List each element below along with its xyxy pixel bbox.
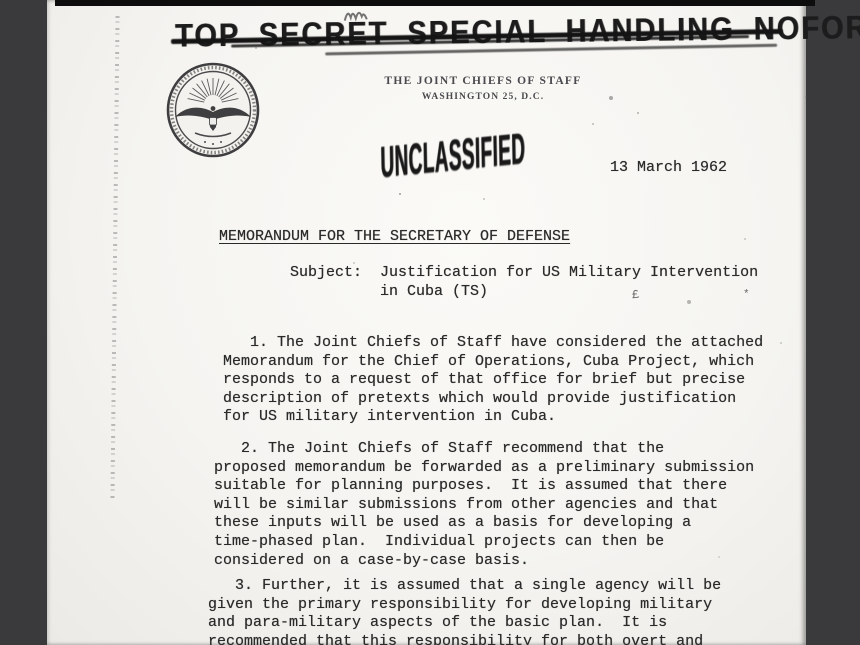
document-date: 13 March 1962 [610, 159, 727, 178]
text-line: 2. The Joint Chiefs of Staff recommend t… [214, 440, 754, 459]
subject-line-1: Subject: Justification for US Military I… [290, 264, 758, 283]
scanned-document-page: TOP SECRET SPECIAL HANDLING NOFORN [47, 0, 806, 645]
text-line: proposed memorandum be forwarded as a pr… [214, 459, 754, 478]
paragraph-1: 1. The Joint Chiefs of Staff have consid… [223, 334, 763, 427]
text-line: given the primary responsibility for dev… [208, 596, 721, 615]
paragraph-3: 3. Further, it is assumed that a single … [208, 577, 721, 645]
text-line: these inputs will be used as a basis for… [214, 514, 754, 533]
memo-heading-text: MEMORANDUM FOR THE SECRETARY OF DEFENSE [219, 228, 570, 245]
subject-line-2: in Cuba (TS) [290, 283, 758, 302]
unclassified-stamp: UNCLASSIFIED [380, 126, 526, 186]
text-line: 3. Further, it is assumed that a single … [208, 577, 721, 596]
scan-noise-specks [47, 0, 49, 2]
text-line: Memorandum for the Chief of Operations, … [223, 353, 763, 372]
subject-block: Subject: Justification for US Military I… [290, 264, 758, 301]
text-line: considered on a case-by-case basis. [214, 552, 754, 571]
jcs-seal-icon [165, 61, 261, 159]
text-line: recommended that this responsibility for… [208, 633, 721, 645]
text-line: suitable for planning purposes. It is as… [214, 477, 754, 496]
text-line: and para-military aspects of the basic p… [208, 614, 721, 633]
classification-banner: TOP SECRET SPECIAL HANDLING NOFORN [175, 8, 776, 63]
scan-artifact-mark: £ [632, 288, 640, 302]
letterhead-location: WASHINGTON 25, D.C. [377, 92, 589, 102]
margin-microtext [110, 16, 119, 498]
letterhead: THE JOINT CHIEFS OF STAFF WASHINGTON 25,… [377, 75, 589, 102]
scan-edge-strip [55, 0, 815, 6]
letterhead-organization: THE JOINT CHIEFS OF STAFF [377, 75, 589, 87]
text-line: time-phased plan. Individual projects ca… [214, 533, 754, 552]
paragraph-2: 2. The Joint Chiefs of Staff recommend t… [214, 440, 754, 570]
pen-scribble-icon [343, 6, 369, 24]
scan-artifact-mark: * [743, 289, 750, 301]
text-line: will be similar submissions from other a… [214, 496, 754, 515]
text-line: 1. The Joint Chiefs of Staff have consid… [223, 334, 763, 353]
text-line: responds to a request of that office for… [223, 371, 763, 390]
memo-heading: MEMORANDUM FOR THE SECRETARY OF DEFENSE [219, 228, 570, 247]
text-line: description of pretexts which would prov… [223, 390, 763, 409]
text-line: for US military intervention in Cuba. [223, 408, 763, 427]
